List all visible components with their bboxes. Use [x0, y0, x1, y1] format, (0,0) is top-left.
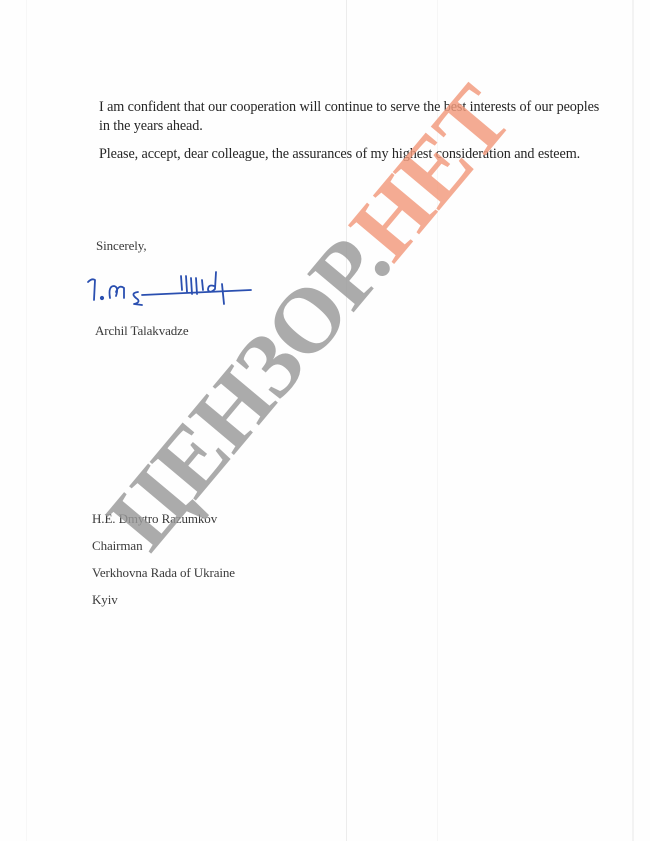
page-edge — [26, 0, 27, 841]
addressee-title: Chairman — [92, 538, 142, 554]
addressee-name: H.E. Dmytro Razumkov — [92, 511, 217, 527]
addressee-city: Kyiv — [92, 592, 118, 608]
fold-line — [346, 0, 347, 841]
closing: Sincerely, — [96, 238, 147, 254]
page-edge — [632, 0, 634, 841]
paragraph-1-line-2: in the years ahead. — [99, 118, 203, 135]
paragraph-1-line-1: I am confident that our cooperation will… — [99, 99, 599, 116]
signature-icon — [86, 262, 256, 312]
paragraph-2-line-1: Please, accept, dear colleague, the assu… — [99, 146, 580, 163]
watermark: ЦЕНЗОР.НЕТ — [0, 0, 650, 841]
svg-text:ЦЕНЗОР.НЕТ: ЦЕНЗОР.НЕТ — [87, 68, 530, 568]
signatory-name: Archil Talakvadze — [95, 323, 189, 339]
fold-line — [437, 0, 438, 841]
document-page: I am confident that our cooperation will… — [0, 0, 650, 841]
addressee-organization: Verkhovna Rada of Ukraine — [92, 565, 235, 581]
